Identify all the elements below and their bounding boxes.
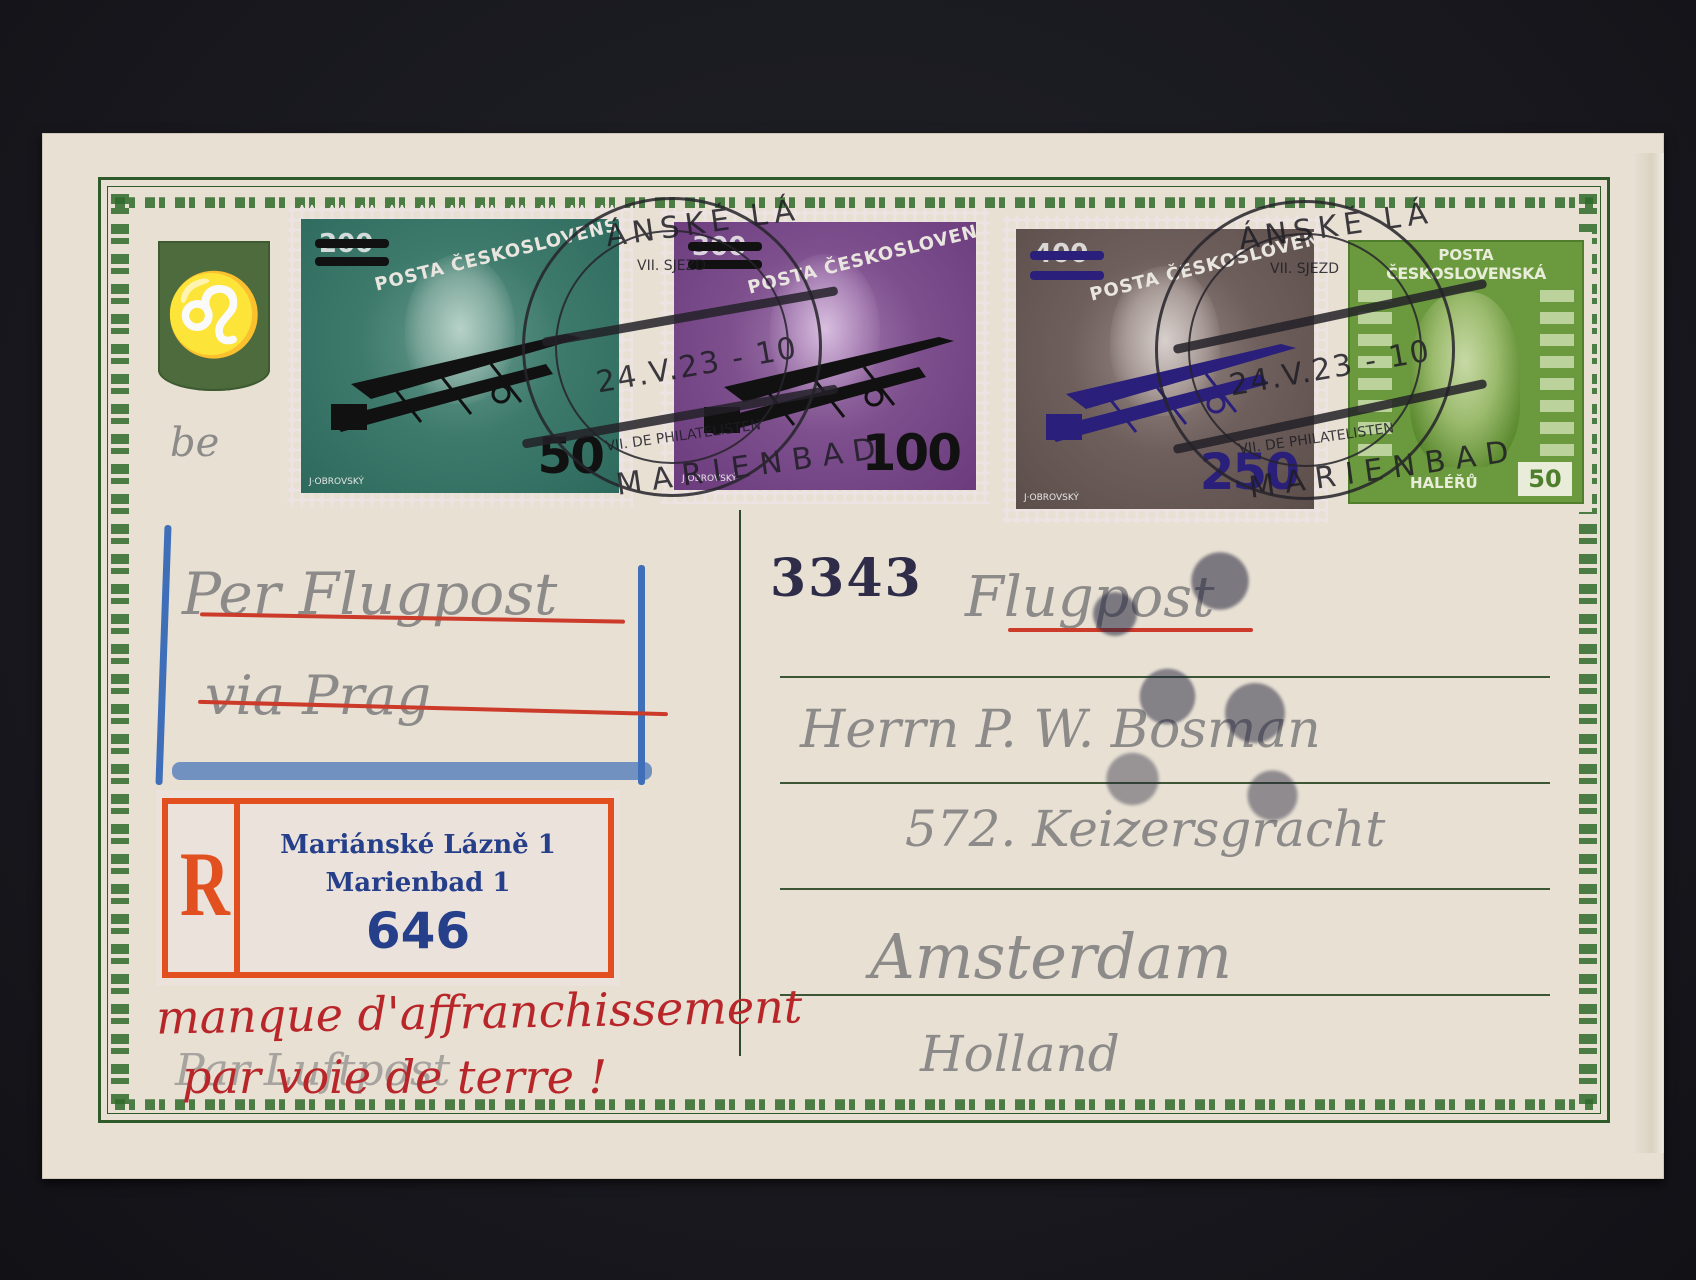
postmark-inner-top: VII. SJEZD — [1270, 261, 1339, 277]
ink-smudge-cancel — [1010, 515, 1360, 845]
obliterating-bar — [1030, 271, 1104, 280]
registration-number-stamp: 3343 — [770, 548, 923, 609]
label-office-czech: Mariánské Lázně 1 — [236, 830, 600, 860]
pencil-mark: be — [170, 420, 219, 466]
stamp-value: 50 — [1518, 462, 1572, 496]
engraver-signature: J·OBROVSKÝ — [1024, 493, 1079, 503]
obliterating-bar — [315, 257, 389, 266]
red-note-line2: par voie de terre ! — [182, 1050, 607, 1104]
registration-label: R Mariánské Lázně 1 Marienbad 1 646 — [156, 790, 620, 986]
card-divider-line — [739, 510, 741, 1056]
label-number: 646 — [236, 902, 600, 960]
red-note-line1: manque d'affranchissement — [156, 979, 803, 1044]
registered-letter: R — [180, 838, 230, 930]
engraver-signature: J·OBROVSKÝ — [309, 477, 364, 487]
coat-of-arms: ♌ — [158, 241, 270, 391]
obliterating-bar — [1030, 251, 1104, 260]
label-office-german: Marienbad 1 — [236, 868, 600, 898]
blue-crayon-mark-right — [638, 565, 645, 785]
address-line — [780, 994, 1550, 996]
address-line — [780, 888, 1550, 890]
obliterating-bar — [315, 239, 389, 248]
laurel-right-icon — [1540, 290, 1574, 465]
blue-crayon-underline — [172, 762, 652, 780]
lion-icon: ♌ — [158, 241, 270, 391]
routing-note-line2: via Prag — [205, 664, 431, 727]
address-line3: Amsterdam — [870, 920, 1232, 993]
postmark-left: ÁNSKÉ LÁ VII. SJEZD 24.V.23 - 10 VII. DE… — [522, 197, 822, 497]
address-line4: Holland — [920, 1025, 1120, 1083]
postmark-inner-top: VII. SJEZD — [637, 258, 706, 274]
postmark-right: ÁNSKÉ LÁ VII. SJEZD 24.V.23 - 10 VII. DE… — [1155, 200, 1455, 500]
leaf-border-left — [111, 194, 129, 1106]
